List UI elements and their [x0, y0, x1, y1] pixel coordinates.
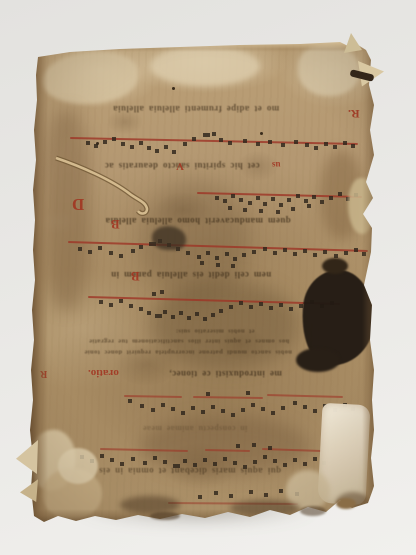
edge-debris — [300, 506, 326, 516]
torn-flap-bottom-left — [16, 440, 38, 474]
edge-debris — [150, 512, 180, 520]
ink-blot-satellite — [322, 258, 348, 274]
edge-debris — [336, 498, 356, 509]
ink-smudge-staff3 — [152, 226, 186, 250]
manuscript-book: mo et adipe frumenti alleluia alleluiace… — [0, 0, 416, 555]
tattered-edge-right — [348, 178, 374, 234]
peeling-bottom-left — [58, 448, 98, 484]
photo-scene: mo et adipe frumenti alleluia alleluiace… — [0, 0, 416, 555]
ink-blot-satellite — [296, 348, 340, 372]
edge-debris — [120, 496, 180, 514]
